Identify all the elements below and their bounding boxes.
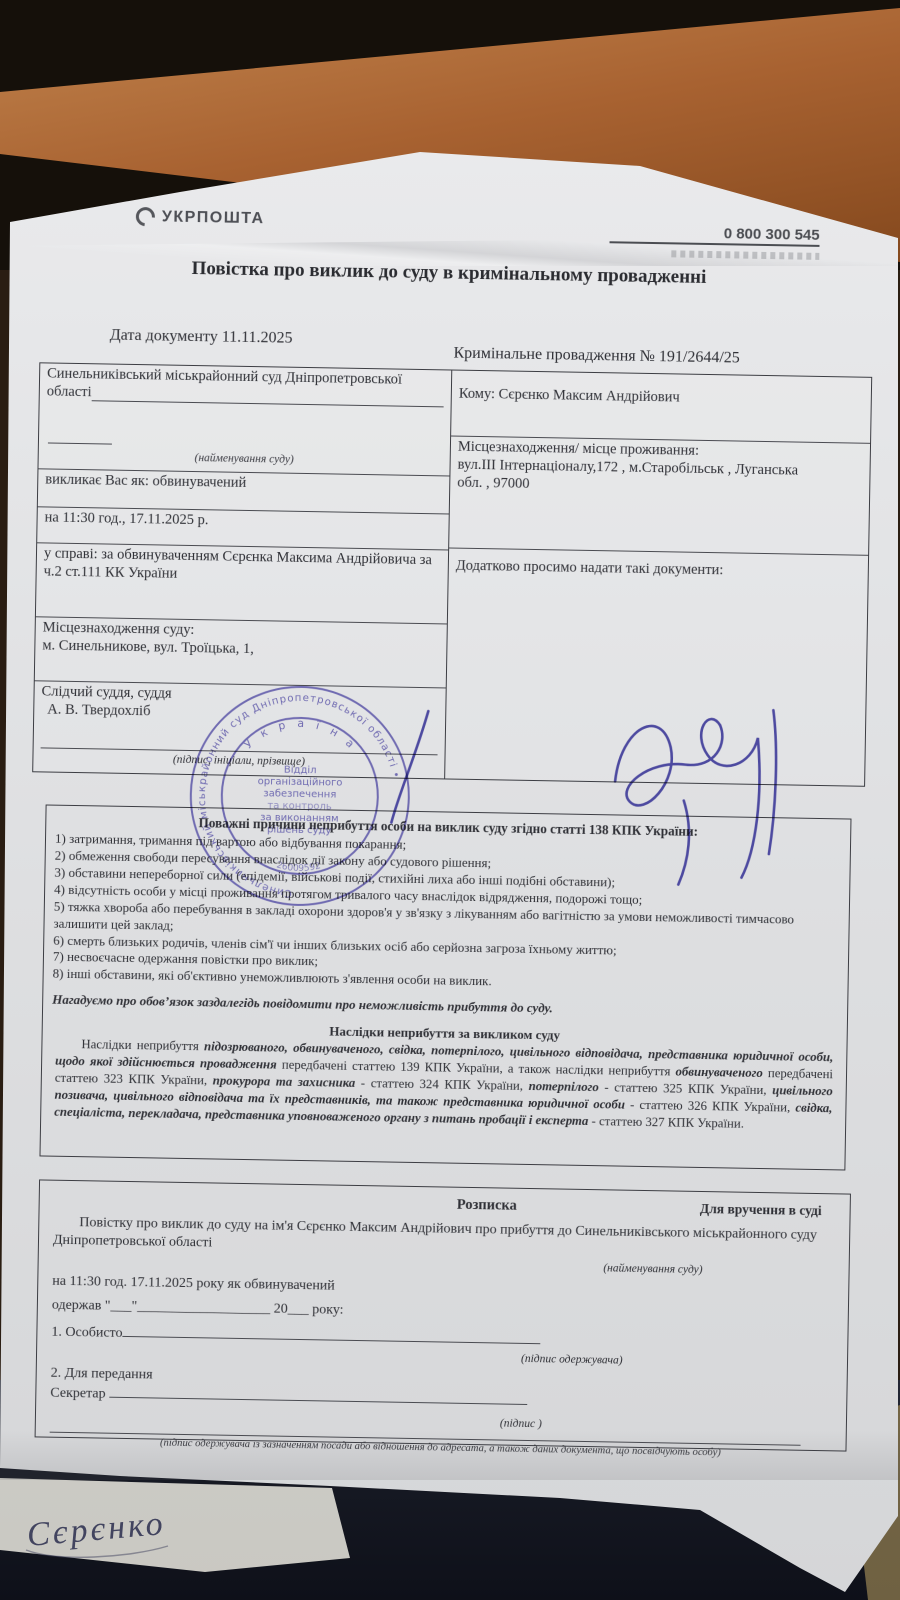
court-summons-document: УКРПОШТА 0 800 300 545 Повістка про викл… (0, 149, 900, 1564)
hotline-subtext-blur (671, 250, 819, 260)
document-title: Повістка про виклик до суду в кримінальн… (0, 255, 899, 293)
case-description-row: у справі: за обвинуваченням Сєрєнка Макс… (36, 543, 448, 624)
hotline-number: 0 800 300 545 (610, 223, 820, 247)
recipient-address-row: Місцезнаходження/ місце проживання: вул.… (449, 437, 870, 556)
ukrposhta-logo: УКРПОШТА (136, 207, 265, 228)
case-number: Кримінальне провадження № 191/2644/25 (453, 345, 740, 368)
ukrposhta-ring-icon (132, 203, 159, 230)
delivery-note: Для вручення в суді (700, 1200, 836, 1221)
recipient-row: Кому: Сєрєнко Максим Андрійович (451, 371, 871, 444)
receipt-box: Розписка Для вручення в суді Повістку пр… (35, 1179, 851, 1451)
secretary-label: Секретар (50, 1386, 109, 1402)
judge-signature (316, 674, 852, 1013)
personally-label: 1. Особисто (51, 1324, 122, 1340)
court-name-row: Синельниківський міськрайонний суд Дніпр… (39, 363, 451, 436)
court-name-line2: області (47, 383, 92, 402)
document-date: Дата документу 11.11.2025 (110, 327, 293, 348)
ukrposhta-wordmark: УКРПОШТА (162, 208, 265, 228)
stamp-center-line: Відділ (284, 764, 317, 777)
consequences-paragraph: Наслідки неприбуття підозрюваного, обвин… (50, 1036, 837, 1134)
photo-scene: Сєрєнко УКРПОШТА 0 800 300 545 Повістка … (0, 0, 900, 1600)
